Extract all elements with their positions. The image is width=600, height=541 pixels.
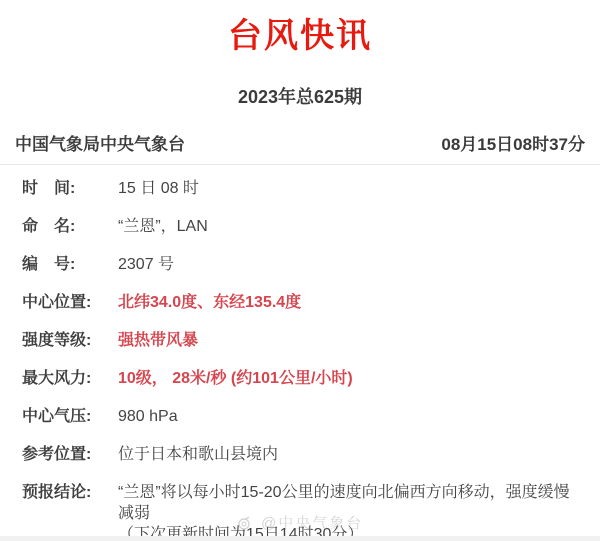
field-row-name: 命 名: “兰恩”，LAN [22,216,582,237]
field-row-reference-position: 参考位置: 位于日本和歌山县境内 [22,444,582,465]
field-value: 2307 号 [118,254,174,275]
field-row-intensity: 强度等级: 强热带风暴 [22,330,582,351]
agency-name: 中国气象局中央气象台 [15,130,185,155]
watermark: @中央气象台 [0,512,600,534]
field-value: 980 hPa [118,406,178,427]
issue-datetime: 08月15日08时37分 [441,130,585,155]
field-value: 强热带风暴 [118,330,198,351]
field-row-center-position: 中心位置: 北纬34.0度、东经135.4度 [22,292,582,313]
issue-number: 2023年总625期 [0,83,600,109]
field-value: 北纬34.0度、东经135.4度 [118,292,301,313]
field-label: 命 名: [22,216,118,237]
field-value: 位于日本和歌山县境内 [118,444,278,465]
field-value: “兰恩”，LAN [118,216,208,237]
field-row-time: 时 间: 15 日 08 时 [22,178,582,199]
typhoon-bulletin: 台风快讯 2023年总625期 中国气象局中央气象台 08月15日08时37分 … [0,0,600,541]
watermark-text: @中央气象台 [261,515,363,532]
field-label: 最大风力: [22,368,118,389]
field-value: 10级， 28米/秒 (约101公里/小时) [118,368,353,389]
field-label: 预报结论: [22,482,118,503]
meta-row: 中国气象局中央气象台 08月15日08时37分 [0,130,600,155]
field-row-max-wind: 最大风力: 10级， 28米/秒 (约101公里/小时) [22,368,582,389]
field-label: 中心位置: [22,292,118,313]
field-label: 时 间: [22,178,118,199]
field-label: 参考位置: [22,444,118,465]
field-value: 15 日 08 时 [118,178,199,199]
watermark-logo-icon [237,516,251,534]
field-label: 强度等级: [22,330,118,351]
field-row-central-pressure: 中心气压: 980 hPa [22,406,582,427]
field-label: 中心气压: [22,406,118,427]
page-title: 台风快讯 [0,0,600,57]
field-row-number: 编 号: 2307 号 [22,254,582,275]
field-label: 编 号: [22,254,118,275]
bottom-edge-strip [0,536,600,541]
bulletin-fields: 时 间: 15 日 08 时 命 名: “兰恩”，LAN 编 号: 2307 号… [0,165,600,541]
